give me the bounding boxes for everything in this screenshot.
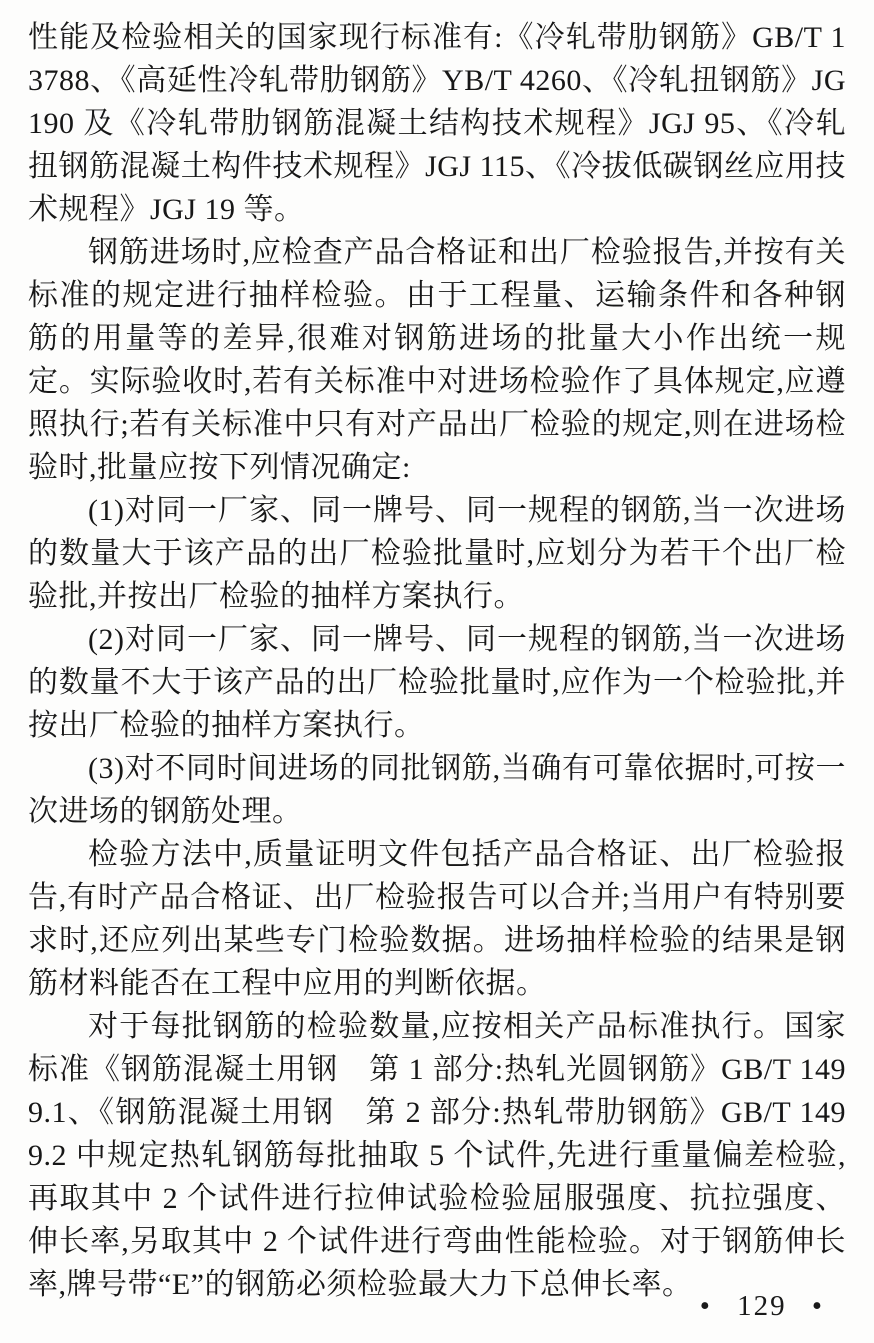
document-page: 性能及检验相关的国家现行标准有:《冷轧带肋钢筋》GB/T 13788、《高延性冷…: [0, 0, 874, 1343]
paragraph-inspection-quantity: 对于每批钢筋的检验数量,应按相关产品标准执行。国家标准《钢筋混凝土用钢 第 1 …: [28, 1005, 846, 1306]
paragraph-rebar-site-entry: 钢筋进场时,应检查产品合格证和出厂检验报告,并按有关标准的规定进行抽样检验。由于…: [28, 231, 846, 489]
paragraph-list-item-3: (3)对不同时间进场的同批钢筋,当确有可靠依据时,可按一次进场的钢筋处理。: [28, 747, 846, 833]
page-number: • 129 •: [700, 1290, 824, 1323]
paragraph-standards-continuation: 性能及检验相关的国家现行标准有:《冷轧带肋钢筋》GB/T 13788、《高延性冷…: [28, 16, 846, 231]
body-text: 性能及检验相关的国家现行标准有:《冷轧带肋钢筋》GB/T 13788、《高延性冷…: [28, 16, 846, 1306]
paragraph-list-item-2: (2)对同一厂家、同一牌号、同一规程的钢筋,当一次进场的数量不大于该产品的出厂检…: [28, 618, 846, 747]
paragraph-list-item-1: (1)对同一厂家、同一牌号、同一规程的钢筋,当一次进场的数量大于该产品的出厂检验…: [28, 489, 846, 618]
paragraph-inspection-method: 检验方法中,质量证明文件包括产品合格证、出厂检验报告,有时产品合格证、出厂检验报…: [28, 833, 846, 1005]
